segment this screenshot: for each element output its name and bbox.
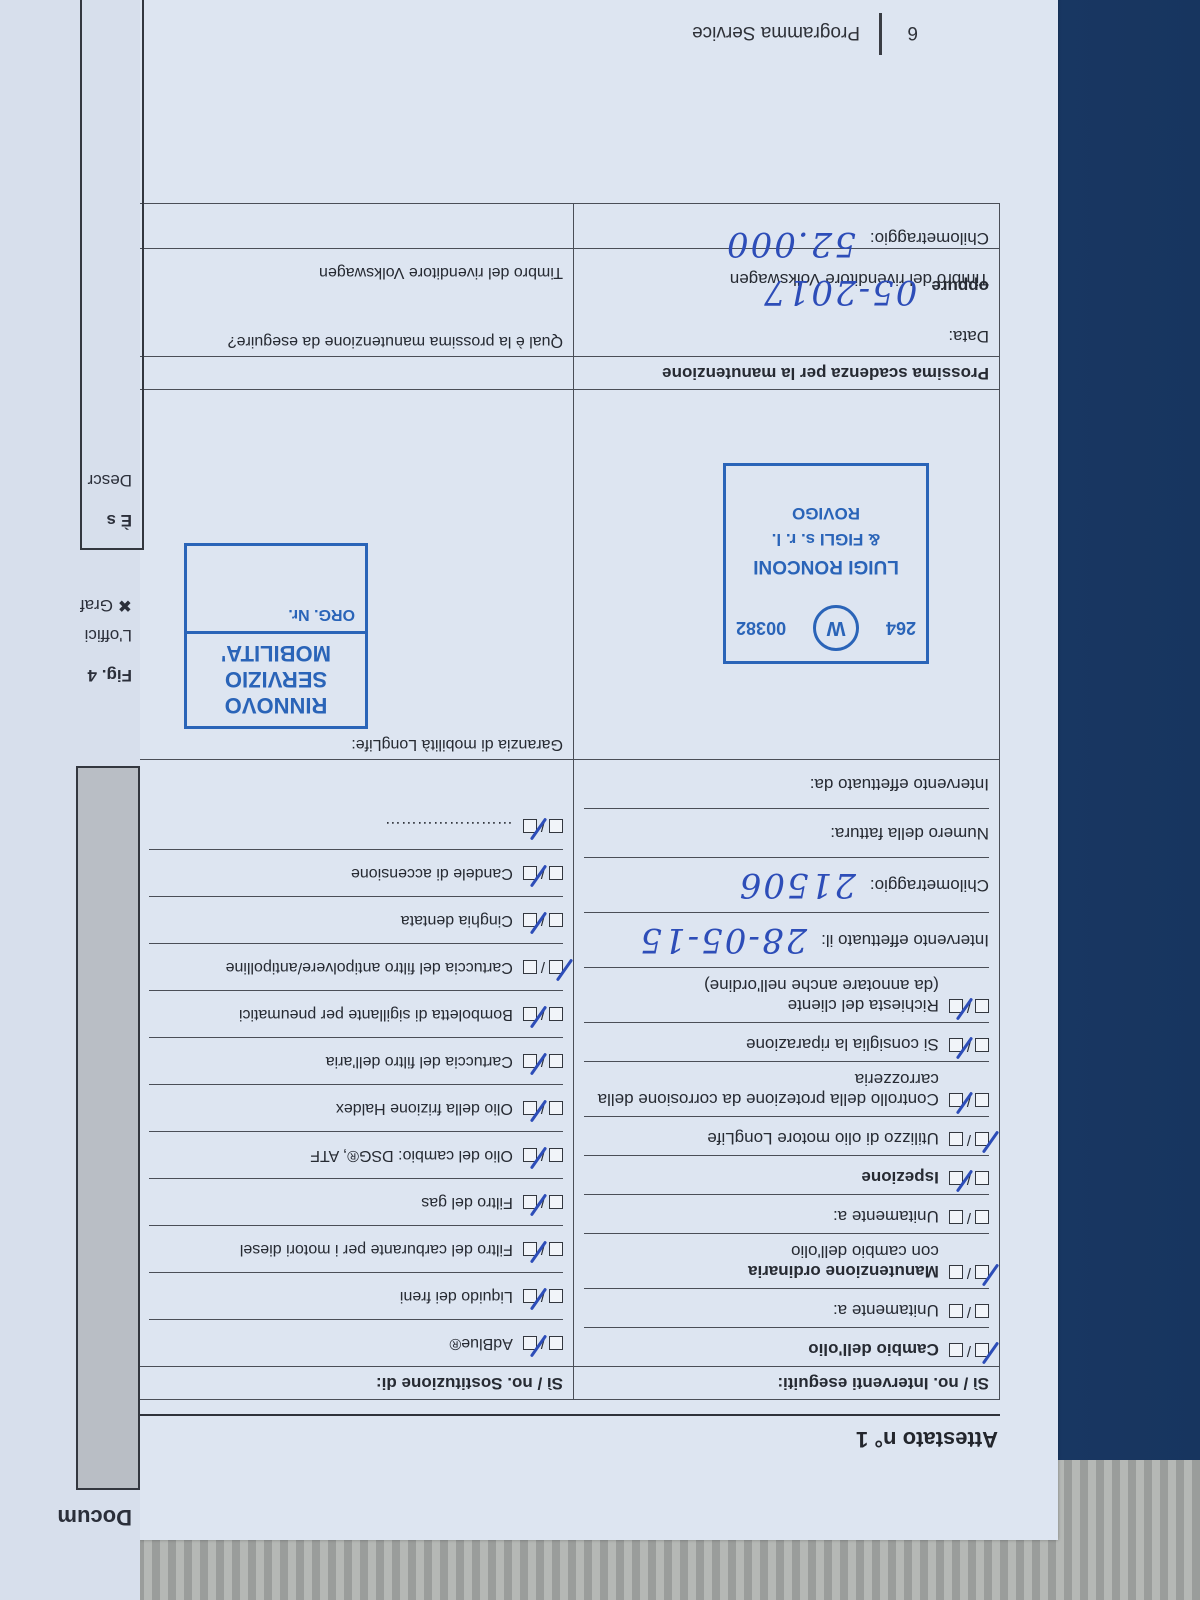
facing-heading: Docum [57,1504,132,1530]
dealer-city: ROVIGO [726,503,926,523]
checkbox-si[interactable] [975,1266,989,1280]
checkbox-no[interactable] [523,913,537,927]
replacement-item: /Filtro del gas [149,1178,563,1225]
intervention-label: Unitamente a: [833,1206,939,1226]
next-service-fields: Data: oppure05-2017 Chilometraggio:52.00… [574,204,1000,357]
interventions-list: /Cambio dell'olio/Unitamente a:/Manutenz… [574,760,1000,1367]
replacement-item: /AdBlue® [149,1319,563,1366]
intervention-label: Cambio dell'olio [808,1339,939,1359]
replacement-yes-no: / [523,1053,563,1070]
checkbox-no[interactable] [949,1344,963,1358]
checkbox-no[interactable] [523,819,537,833]
replacement-item: /Candele di accensione [149,849,563,896]
checkbox-no[interactable] [949,1305,963,1319]
replacement-item: /Cartuccia del filtro antipolvere/antipo… [149,943,563,990]
longlife-label: Garanzia di mobilità LongLife: [351,735,563,753]
checkbox-si[interactable] [975,1000,989,1014]
checkbox-no[interactable] [949,1094,963,1108]
replacement-yes-no: / [523,912,563,929]
next-service-question: Qual è la prossima manutenzione da esegu… [139,204,574,357]
slash-separator: / [967,1209,971,1226]
replacement-item: /Bomboletta di sigillante per pneumatici [149,990,563,1037]
checkbox-no[interactable] [523,1054,537,1068]
page-footer: 6 Programma Service [0,0,1060,55]
replacement-yes-no: / [523,1335,563,1352]
mobility-line-1: RINNOVO [187,692,365,718]
slash-separator: / [967,1131,971,1148]
intervention-field: Chilometraggio:21506 [584,857,989,912]
or-label: oppure [931,277,989,296]
mobility-line-2: SERVIZIO [187,666,365,692]
intervention-item: /Richiesta del cliente(da annotare anche… [584,967,989,1022]
service-form: Sì / no. Interventi eseguiti: Sì / no. S… [138,248,1000,1400]
dealer-number: 00382 [736,618,786,639]
checkbox-no[interactable] [523,1242,537,1256]
intervention-item: /Controllo della protezione da corrosion… [584,1061,989,1116]
intervention-item: /Manutenzione ordinariacon cambio dell'o… [584,1233,989,1288]
replacement-label: Filtro del gas [421,1193,513,1211]
next-service-header: Prossima scadenza per la manutenzione [139,357,1000,390]
intervention-yes-no: / [949,1264,989,1281]
checkbox-si[interactable] [549,1007,563,1021]
replacement-yes-no: / [523,1241,563,1258]
facing-line-3: È s [106,510,132,530]
facing-page: Docum Fig. 4 L'offici ✖ Graf È s Descr [0,0,140,1600]
field-label: Intervento effettuato da: [810,774,989,794]
replacement-label: Liquido dei freni [400,1287,513,1305]
intervention-label: Manutenzione ordinariacon cambio dell'ol… [748,1241,939,1281]
checkbox-si[interactable] [549,913,563,927]
checkbox-si[interactable] [549,1101,563,1115]
vw-logo-icon: W [813,605,859,651]
km-label: Chilometraggio: [870,229,989,248]
checkbox-no[interactable] [949,1000,963,1014]
document-page: Attestato n° 1 Sì / no. Interventi esegu… [140,0,1058,1540]
intervention-yes-no: / [949,998,989,1015]
mobility-stamp: RINNOVO SERVIZIO MOBILITA' ORG. Nr. [184,543,368,729]
dealer-stamp: 264 W 00382 LUIGI RONCONI & FIGLI s. r. … [723,463,929,664]
checkbox-no[interactable] [523,1289,537,1303]
replacement-yes-no: / [523,1288,563,1305]
checkbox-si[interactable] [549,1336,563,1350]
checkbox-si[interactable] [549,1195,563,1209]
checkbox-si[interactable] [975,1094,989,1108]
intervention-yes-no: / [949,1092,989,1109]
field-label: Numero della fattura: [830,823,989,843]
next-km-value: 52.000 [725,224,856,264]
slash-separator: / [967,1264,971,1281]
intervention-label: Ispezione [861,1167,938,1187]
facing-table [80,0,144,550]
checkbox-si[interactable] [549,866,563,880]
checkbox-si[interactable] [549,960,563,974]
intervention-label: Richiesta del cliente(da annotare anche … [704,975,939,1015]
next-date-value: 05-2017 [762,272,917,312]
intervention-label: Utilizzo di olio motore LongLife [707,1128,939,1148]
checkbox-no[interactable] [523,1336,537,1350]
replacement-label: Cinghia dentata [401,911,513,929]
interventions-header: Sì / no. Interventi eseguiti: [574,1367,1000,1400]
replacement-item: /Cinghia dentata [149,896,563,943]
intervention-item: /Si consiglia la riparazione [584,1022,989,1061]
intervention-yes-no: / [949,1037,989,1054]
intervention-yes-no: / [949,1209,989,1226]
checkbox-si[interactable] [549,1242,563,1256]
checkbox-no[interactable] [523,1195,537,1209]
intervention-label: Unitamente a: [833,1300,939,1320]
mobility-line-3: MOBILITA' [187,640,365,666]
replacement-label: Cartuccia del filtro dell'aria [326,1052,513,1070]
intervention-field: Intervento effettuato il:28-05-15 [584,912,989,967]
slash-separator: / [967,1303,971,1320]
intervention-yes-no: / [949,1170,989,1187]
facing-line-4: Descr [88,470,132,490]
intervention-item: /Utilizzo di olio motore LongLife [584,1116,989,1155]
replacement-item: /Filtro del carburante per i motori dies… [149,1225,563,1272]
field-label: Chilometraggio: [870,875,989,895]
intervention-label: Si consiglia la riparazione [746,1034,939,1054]
replacement-label: Filtro del carburante per i motori diese… [240,1240,513,1258]
checkbox-si[interactable] [975,1344,989,1358]
facing-line-1: L'offici [85,625,132,645]
date-label: Data: [948,327,989,346]
org-number: ORG. Nr. [187,605,365,634]
checkbox-no[interactable] [523,960,537,974]
facing-fig-label: Fig. 4 [88,665,132,685]
checkbox-no[interactable] [949,1266,963,1280]
intervention-item: /Cambio dell'olio [584,1327,989,1366]
checkbox-si[interactable] [549,1148,563,1162]
replacement-label: Olio della frizione Haldex [336,1099,513,1117]
replacement-yes-no: / [523,818,563,835]
replacement-item: /Olio della frizione Haldex [149,1084,563,1131]
replacement-item: /Cartuccia del filtro dell'aria [149,1037,563,1084]
checkbox-si[interactable] [975,1133,989,1147]
replacement-yes-no: / [523,1147,563,1164]
handwritten-value: 21506 [738,865,856,905]
handwritten-value: 28-05-15 [638,920,807,960]
replacement-yes-no: / [523,959,563,976]
replacement-yes-no: / [523,1006,563,1023]
checkbox-si[interactable] [549,1289,563,1303]
next-service-form: Prossima scadenza per la manutenzione Da… [138,203,1000,390]
checkbox-si[interactable] [975,1211,989,1225]
section-title: Programma Service [692,21,860,43]
footer-divider [879,13,882,55]
field-label: Intervento effettuato il: [821,930,989,950]
checkbox-si[interactable] [975,1039,989,1053]
replacement-item: /…………………… [149,803,563,849]
dealer-name-2: & FIGLI s. r. l. [726,529,926,549]
page-title: Attestato n° 1 [856,1426,998,1452]
checkbox-si[interactable] [549,819,563,833]
replacements-header: Sì / no. Sostituzione di: [139,1367,574,1400]
page-number: 6 [907,21,918,43]
replacements-list: /AdBlue®/Liquido dei freni/Filtro del ca… [139,760,574,1367]
slash-separator: / [967,1342,971,1359]
replacement-yes-no: / [523,1194,563,1211]
checkbox-no[interactable] [523,1101,537,1115]
replacement-label: AdBlue® [449,1334,512,1352]
replacement-label: …………………… [385,817,513,835]
divider [138,1414,1000,1416]
checkbox-no[interactable] [523,1148,537,1162]
facing-figure [76,766,140,1490]
checkbox-si[interactable] [975,1172,989,1186]
intervention-item: /Unitamente a: [584,1288,989,1327]
intervention-yes-no: / [949,1303,989,1320]
replacement-label: Cartuccia del filtro antipolvere/antipol… [226,958,513,976]
replacement-yes-no: / [523,865,563,882]
dealer-code: 264 [886,618,916,639]
checkbox-no[interactable] [949,1039,963,1053]
replacement-label: Candele di accensione [351,864,513,882]
checkbox-si[interactable] [549,1054,563,1068]
checkbox-si[interactable] [975,1305,989,1319]
intervention-yes-no: / [949,1342,989,1359]
intervention-label: Controllo della protezione da corrosione… [598,1069,939,1109]
slash-separator: / [541,959,545,976]
intervention-item: /Ispezione [584,1155,989,1194]
checkbox-no[interactable] [949,1133,963,1147]
intervention-yes-no: / [949,1131,989,1148]
facing-line-2: ✖ Graf [80,595,132,615]
replacement-item: /Liquido dei freni [149,1272,563,1319]
replacement-item: /Olio del cambio: DSG®, ATF [149,1131,563,1178]
checkbox-no[interactable] [949,1211,963,1225]
replacement-label: Olio del cambio: DSG®, ATF [310,1146,513,1164]
dealer-name: LUIGI RONCONI [726,555,926,577]
intervention-field: Numero della fattura: [584,808,989,857]
replacement-label: Bomboletta di sigillante per pneumatici [239,1005,513,1023]
checkbox-no[interactable] [523,866,537,880]
intervention-field: Intervento effettuato da: [584,760,989,808]
intervention-item: /Unitamente a: [584,1194,989,1233]
replacement-yes-no: / [523,1100,563,1117]
checkbox-no[interactable] [523,1007,537,1021]
checkbox-no[interactable] [949,1172,963,1186]
